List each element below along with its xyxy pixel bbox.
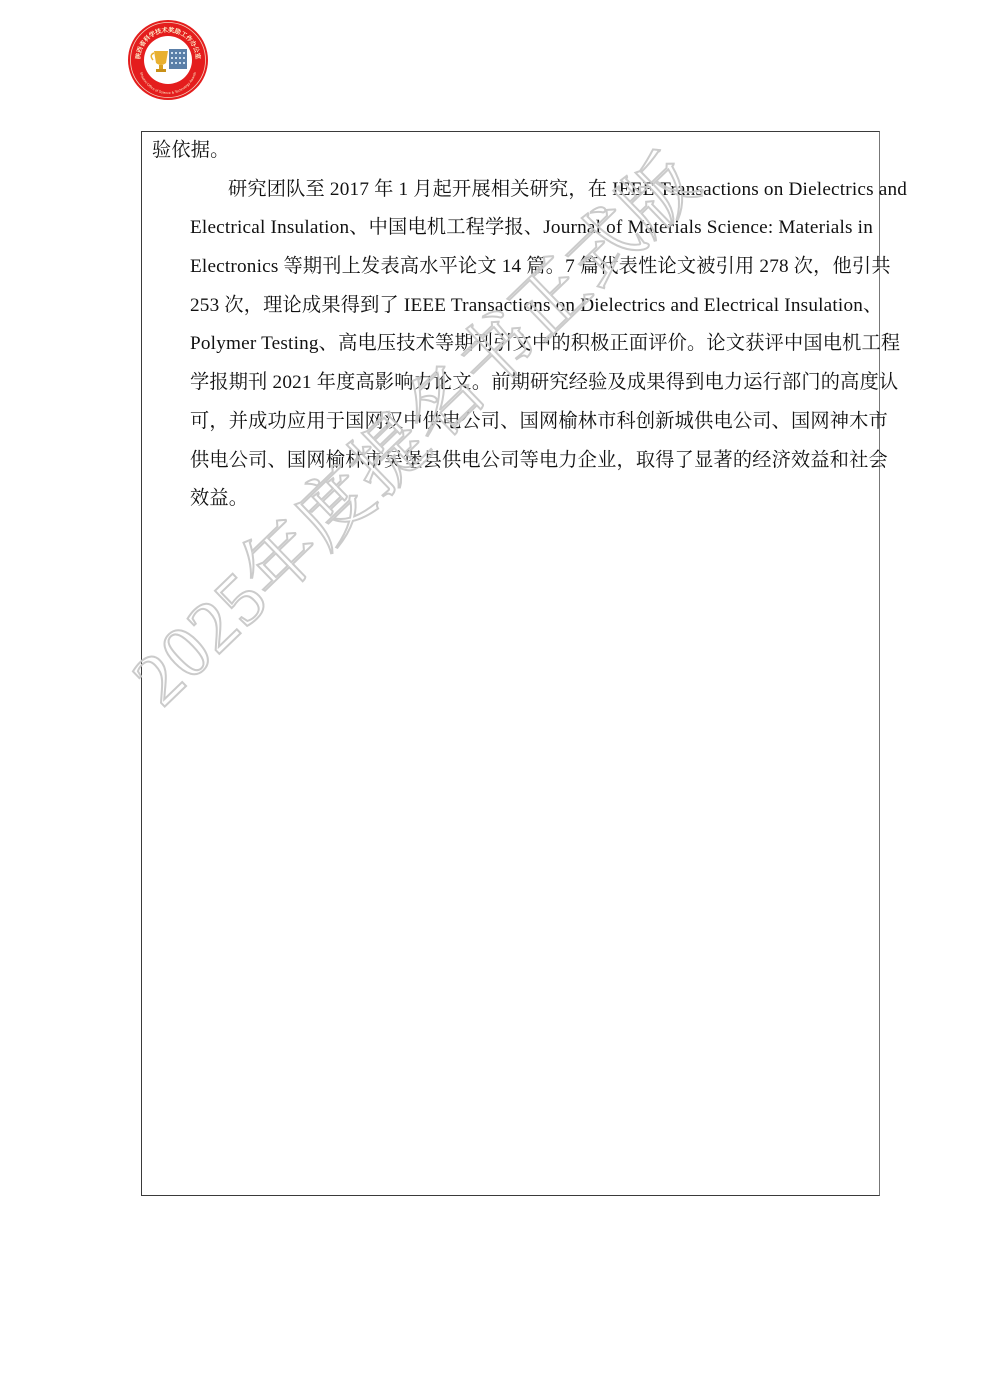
paragraph-2: 研究团队至 2017 年 1 月起开展相关研究，在 IEEE Transacti… <box>152 171 873 519</box>
text-line: 253 次，理论成果得到了 IEEE Transactions on Diele… <box>152 287 873 326</box>
text-line: Electrical Insulation、中国电机工程学报、Journal o… <box>152 209 873 248</box>
text-line: Electronics 等期刊上发表高水平论文 14 篇。7 篇代表性论文被引用… <box>152 248 873 287</box>
text-line: 供电公司、国网榆林市吴堡县供电公司等电力企业，取得了显著的经济效益和社会 <box>152 442 873 481</box>
text-line: 学报期刊 2021 年度高影响力论文。前期研究经验及成果得到电力运行部门的高度认 <box>152 364 873 403</box>
text-line: 效益。 <box>152 480 873 519</box>
content-box: 验依据。 研究团队至 2017 年 1 月起开展相关研究，在 IEEE Tran… <box>141 131 880 1196</box>
organization-seal: 陕西省科学技术奖励工作办公室 Shaanxi Office of Science… <box>127 19 209 101</box>
text-line: 研究团队至 2017 年 1 月起开展相关研究，在 IEEE Transacti… <box>152 171 873 210</box>
text-line: Polymer Testing、高电压技术等期刊引文中的积极正面评价。论文获评中… <box>152 325 873 364</box>
text-line: 可，并成功应用于国网汉中供电公司、国网榆林市科创新城供电公司、国网神木市 <box>152 403 873 442</box>
document-body: 验依据。 研究团队至 2017 年 1 月起开展相关研究，在 IEEE Tran… <box>152 132 873 519</box>
text-line: 验依据。 <box>152 132 873 171</box>
organization-seal-icon: 陕西省科学技术奖励工作办公室 Shaanxi Office of Science… <box>127 19 209 101</box>
paragraph-1: 验依据。 <box>152 132 873 171</box>
